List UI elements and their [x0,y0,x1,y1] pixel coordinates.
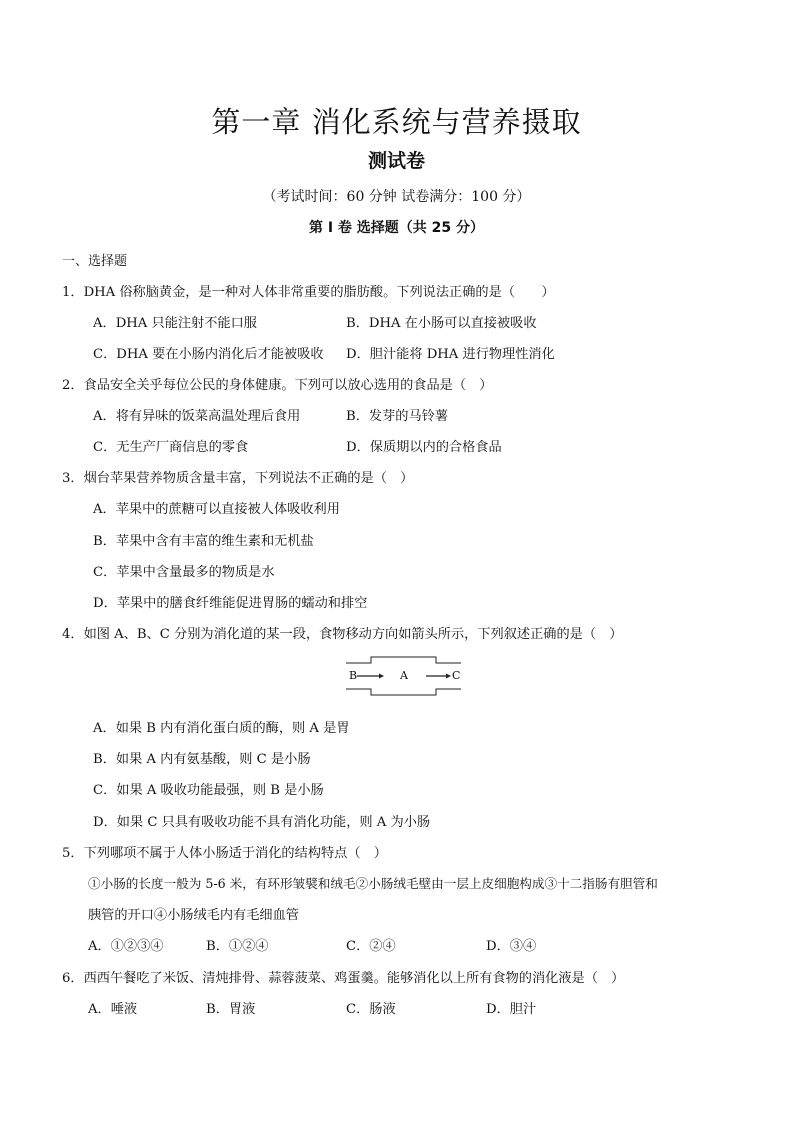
question-body: ①小肠的长度一般为 5-6 米，有环形皱襞和绒毛②小肠绒毛壁由一层上皮细胞构成③… [88,873,658,892]
option: D．苹果中的膳食纤维能促进胃肠的蠕动和排空 [93,592,367,611]
option: B．如果 A 内有氨基酸，则 C 是小肠 [93,748,311,767]
option: D．③④ [486,935,536,954]
question-stem: 1．DHA 俗称脑黄金，是一种对人体非常重要的脂肪酸。下列说法正确的是（ ） [62,281,555,300]
diagram-label-a: A [400,669,408,682]
option: C．无生产厂商信息的零食 [93,436,248,455]
question-stem: 3．烟台苹果营养物质含量丰富，下列说法不正确的是（ ） [62,467,413,486]
diagram-label-c: C [452,669,460,682]
option: B．①②④ [206,935,268,954]
option: A．①②③④ [88,935,163,954]
option: C．肠液 [346,998,396,1017]
option: A．唾液 [88,998,137,1017]
option: D．保质期以内的合格食品 [346,436,502,455]
diagram-label-b: B [349,669,357,682]
option: B．苹果中含有丰富的维生素和无机盐 [93,530,314,549]
option: D．如果 C 只具有吸收功能不具有消化功能，则 A 为小肠 [93,811,430,830]
option: D．胆汁能将 DHA 进行物理性消化 [346,343,555,362]
question-stem: 2．食品安全关乎每位公民的身体健康。下列可以放心选用的食品是（ ） [62,374,492,393]
option: A．DHA 只能注射不能口服 [93,312,257,331]
option: C．苹果中含量最多的物质是水 [93,561,275,580]
digestive-tract-diagram: B A C [346,655,461,697]
exam-info: （考试时间：60 分钟 试卷满分：100 分） [0,186,793,206]
section-heading: 第 I 卷 选择题（共 25 分） [0,217,793,237]
option: A．如果 B 内有消化蛋白质的酶，则 A 是胃 [93,717,350,736]
part-label: 一、选择题 [62,250,127,269]
question-stem: 5．下列哪项不属于人体小肠适于消化的结构特点（ ） [62,842,387,861]
option: B．发芽的马铃薯 [346,405,448,424]
question-body: 胰管的开口④小肠绒毛内有毛细血管 [88,904,299,923]
option: A．将有异味的饭菜高温处理后食用 [93,405,300,424]
document-title: 第一章 消化系统与营养摄取 [0,100,793,141]
option: A．苹果中的蔗糖可以直接被人体吸收利用 [93,498,340,517]
option: D．胆汁 [486,998,536,1017]
option: B．胃液 [206,998,255,1017]
question-stem: 4．如图 A、B、C 分别为消化道的某一段，食物移动方向如箭头所示，下列叙述正确… [62,623,622,642]
option: C．②④ [346,935,396,954]
question-stem: 6．西西午餐吃了米饭、清炖排骨、蒜蓉菠菜、鸡蛋羹。能够消化以上所有食物的消化液是… [62,967,624,986]
option: C．DHA 要在小肠内消化后才能被吸收 [93,343,324,362]
option: C．如果 A 吸收功能最强，则 B 是小肠 [93,779,324,798]
document-subtitle: 测试卷 [0,146,793,173]
option: B．DHA 在小肠可以直接被吸收 [346,312,537,331]
